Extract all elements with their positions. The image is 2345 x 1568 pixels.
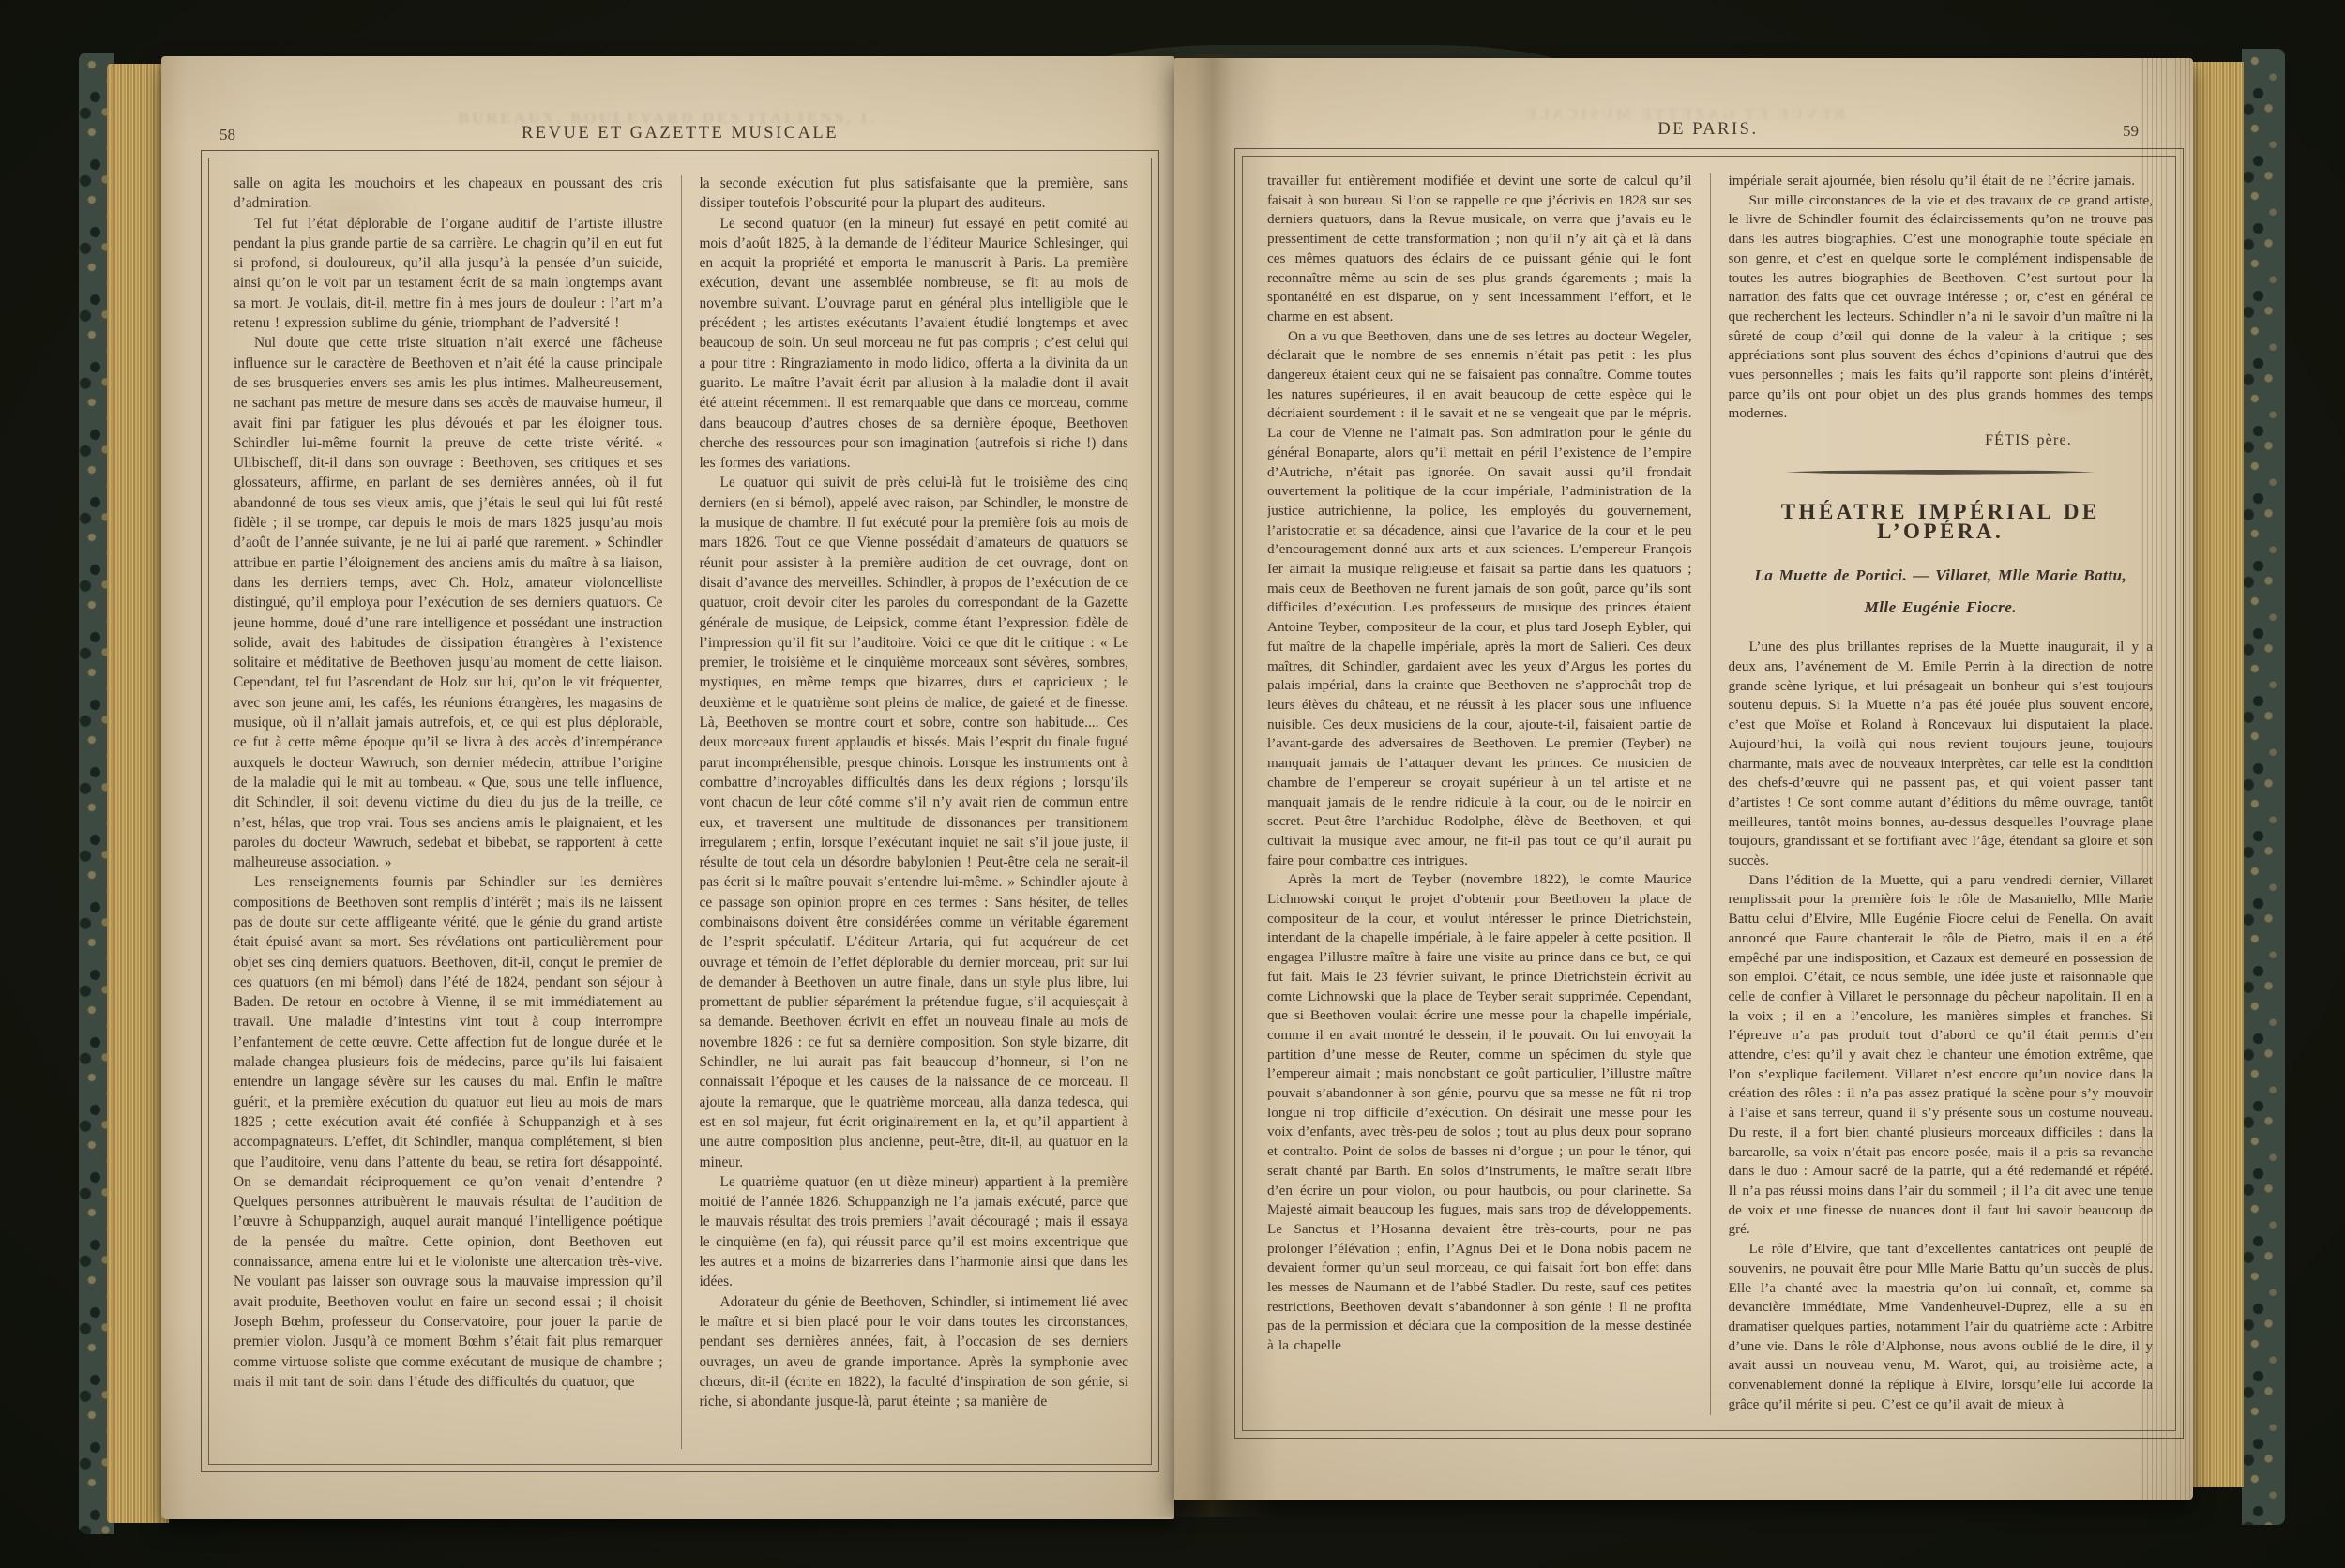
- text-frame-inner: salle on agita les mouchoirs et les chap…: [208, 158, 1152, 1465]
- text-column-2: la seconde exécution fut plus satisfaisa…: [700, 173, 1129, 1455]
- column-divider-rule: [1710, 173, 1711, 1415]
- text-column-4: impériale serait ajournée, bien résolu q…: [1729, 172, 2154, 1421]
- article-end: impériale serait ajournée, bien résolu q…: [1729, 172, 2154, 424]
- open-book: BUREAUX, BOULEVARD DES ITALIENS, 1. 58 R…: [79, 41, 2285, 1542]
- article-subheading-line2: Mlle Eugénie Fiocre.: [1729, 592, 2154, 624]
- running-title: DE PARIS.: [1234, 120, 2182, 140]
- text-frame: travailler fut entièrement modifiée et d…: [1234, 148, 2184, 1439]
- column-divider-rule: [681, 175, 682, 1449]
- text-column-1: salle on agita les mouchoirs et les chap…: [234, 173, 663, 1455]
- page-left: BUREAUX, BOULEVARD DES ITALIENS, 1. 58 R…: [161, 56, 1174, 1519]
- paragraph: On a vu que Beethoven, dans une de ses l…: [1267, 327, 1692, 871]
- running-title: REVUE ET GAZETTE MUSICALE: [203, 124, 1157, 143]
- paragraph: Nul doute que cette triste situation n’a…: [234, 333, 663, 872]
- paragraph: Le second quatuor (en la mineur) fut ess…: [700, 214, 1129, 474]
- paragraph: L’une des plus brillantes reprises de la…: [1729, 638, 2154, 870]
- scanned-periodical: { "colors":{"background":"#14160e","pape…: [0, 0, 2345, 1568]
- article-subheading: La Muette de Portici. — Villaret, Mlle M…: [1729, 560, 2154, 623]
- paragraph: Après la mort de Teyber (novembre 1822),…: [1267, 870, 1692, 1356]
- paragraph: travailler fut entièrement modifiée et d…: [1267, 172, 1692, 327]
- text-column-3: travailler fut entièrement modifiée et d…: [1267, 172, 1692, 1421]
- page-right: REVUE ET GAZETTE MUSICALE 59 DE PARIS. t…: [1174, 58, 2193, 1500]
- author-signature: FÉTIS père.: [1729, 431, 2154, 451]
- text-frame: salle on agita les mouchoirs et les chap…: [201, 150, 1159, 1472]
- paragraph: Le quatrième quatuor (en ut dièze mineur…: [700, 1172, 1129, 1292]
- paragraph: la seconde exécution fut plus satisfaisa…: [700, 173, 1129, 214]
- paragraph: Sur mille circonstances de la vie et des…: [1729, 191, 2154, 424]
- paragraph: Dans l’édition de la Muette, qui a paru …: [1729, 871, 2154, 1240]
- marbled-cover-right: [2242, 49, 2285, 1525]
- paragraph: Tel fut l’état déplorable de l’organe au…: [234, 214, 663, 334]
- article-heading: THÉATRE IMPÉRIAL DE L’OPÉRA.: [1729, 503, 2154, 541]
- section-divider-rule: [1786, 470, 2095, 475]
- gilt-page-edges-left: [107, 64, 169, 1523]
- article-subheading-line1: La Muette de Portici. — Villaret, Mlle M…: [1729, 560, 2154, 592]
- article-body: L’une des plus brillantes reprises de la…: [1729, 638, 2154, 1414]
- gilt-page-edges-right: [2189, 62, 2244, 1487]
- paragraph: Le quatuor qui suivit de près celui-là f…: [700, 473, 1129, 1171]
- paragraph: salle on agita les mouchoirs et les chap…: [234, 173, 663, 214]
- paragraph: Le rôle d’Elvire, que tant d’excellentes…: [1729, 1240, 2154, 1414]
- paragraph: Adorateur du génie de Beethoven, Schindl…: [700, 1292, 1129, 1412]
- text-frame-inner: travailler fut entièrement modifiée et d…: [1242, 156, 2176, 1431]
- paragraph: Les renseignements fournis par Schindler…: [234, 872, 663, 1392]
- paragraph: impériale serait ajournée, bien résolu q…: [1729, 172, 2154, 191]
